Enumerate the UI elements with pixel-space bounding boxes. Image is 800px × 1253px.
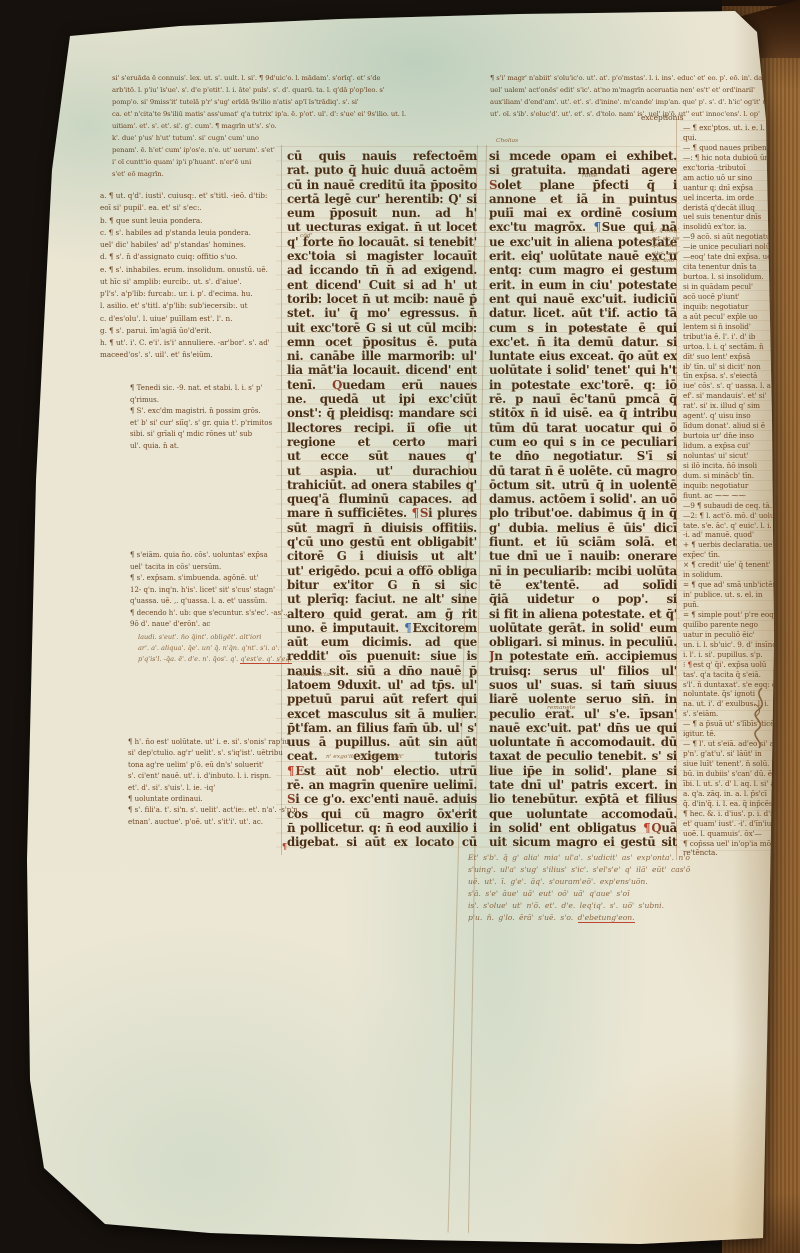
text-line: uit exc'torē G si ut cūl mcib: <box>287 321 477 335</box>
main-text-column-left: cū quis nauis refectoēm credid'rat. puto… <box>287 149 477 850</box>
text-line: ¶ S'. exc'dm magistri. n̄ possim grōs. <box>130 406 300 418</box>
text-line: ni. canābe ille marmorib: ul' a <box>287 349 477 363</box>
text-line: obligari. si minus. in peculiū. <box>489 635 677 649</box>
text-line: arb'itō. l. p'iu' īs'ue'. s'. d'e p'etit… <box>112 84 408 96</box>
gloss-top-left-wide: si' s'eruāda ē connuis'. lex. ut. s'. uu… <box>112 72 408 120</box>
text-line: a. ¶ ut. q'd'. iusti'. cuiusq:. et' s'ti… <box>100 190 298 202</box>
text-line: uno. ē imputauit. ¶Excitorem <box>287 621 477 635</box>
fold-mark: ¶ <box>776 109 781 119</box>
text-line: ōctum sit. utrū q̄ in uolentē <box>489 478 677 492</box>
text-line: i' oī cuntt'io quam' ip'i p'huant'. n'er… <box>112 156 282 168</box>
text-line: g' dubia. melius ē ūis' dicī <box>489 521 677 535</box>
text-line: p'l's'. a'p'lib: furcab:. ur. i. p'. d'e… <box>100 288 298 300</box>
text-line: annone et iā in puintus p̄sites <box>489 192 677 206</box>
text-line: altero quid gerat. am ḡ rit cum <box>287 607 477 621</box>
text-line: aūt eum dicimis. ad que obuēties <box>287 635 477 649</box>
text-line: ut plerīq: faciut. ne alt' sine <box>287 592 477 606</box>
text-line: nī in peculiarib: mcibi uolūta <box>489 564 677 578</box>
text-line: q̄iā uidetur o pop'. si g'nificare <box>489 592 677 606</box>
text-line: regione et certo mari negotief. <box>287 435 477 449</box>
text-line: s'ā. s'e' āue' uā' eut' oō' uā' q'aue' s… <box>468 888 698 900</box>
text-line: ut hīc si' amplib: eurcib:. ut. s'. d'ai… <box>100 276 298 288</box>
text-line: onst': q̄ pleidisq: mandare sci o ue <box>287 406 477 420</box>
interlinear-note: cōd' <box>300 233 312 239</box>
text-line: Si ce g'o. exc'enti nauē. aduis <box>287 792 477 806</box>
text-line: llectores recipi. iī ofie ut certa <box>287 421 477 435</box>
text-line: liarē uolente seruo sin̄. in eiu' <box>489 692 677 706</box>
main-text-column-right: si mcede opam ei exhibet. autsi gratuita… <box>489 149 677 850</box>
text-line: sūt magrī n̄ diuisis offitiis. qrū <box>287 521 477 535</box>
gloss-left-block-d: ¶ h'. n̄o est' uolūtate. ut' i. e. si'. … <box>128 737 310 828</box>
text-line: etnan'. auctue'. p'oē. ut'. s'it'i'. ut'… <box>128 817 310 828</box>
text-line: digebat. si aūt ex locato cū mag' <box>287 835 477 849</box>
text-line: mare n̄ sufficiētes. ¶Si plures <box>287 506 477 520</box>
text-line: erit. eiq' uolūtate nauē exc'u <box>489 249 677 263</box>
rubric-paraph-red: ¶ <box>687 660 693 669</box>
text-line: bitur ex'itor G n̄ si sic p̄posuit <box>287 578 477 592</box>
text-line: dū tarat n̄ ē uolēte. cū magro <box>489 464 677 478</box>
text-line: 12- q'n. inq'n. h'is'. licet' sit' s'cus… <box>130 585 302 597</box>
interlinear-note: n' exgo'ita cū mag'ro uult' <box>326 754 404 760</box>
text-line: nauē exc'uit. pat' dn̄s ue qui <box>489 721 677 735</box>
text-line: c. d'es'olu'. l. uiue' puīllam est'. l'.… <box>100 313 298 325</box>
text-line: peculio erat. ul' s'e. īpsan' eius <box>489 707 677 721</box>
gloss-col2-side-note: p' q̄ mag'ad' s'o neq'li' amōs'tc' -aue'… <box>652 228 704 266</box>
text-line: stitōx n̄ id uisē. ea q̄ intribu <box>489 406 677 420</box>
text-line: is'. s'olue' ut' n'ō. et'. d'e. leq'iq'.… <box>468 900 698 912</box>
text-line: rē. p nauī ēc'tanū pmcā q̄ <box>489 392 677 406</box>
text-line: d. ¶ s'. n̄ d'assignato cuiq: offitio s'… <box>100 251 298 263</box>
text-line: que uoluntate accomodaū. <box>489 807 677 821</box>
interlinear-note: rome <box>582 173 597 179</box>
text-line: et'. d'. si'. s'uis'. l. ie. -iq' <box>128 783 310 794</box>
text-line: citorē G i diuisis ut alt' locando <box>287 549 477 563</box>
gloss-left-block-b: ¶ s'eiām. quia n̄o. cōs'. uoluntas' exp̄… <box>130 550 302 631</box>
text-line: s'et' eō magrīn. <box>112 168 282 180</box>
text-line: uitiam'. et'. s'. et'. si'. g'. cum'. ¶ … <box>112 120 282 132</box>
text-line: cū in nauē creditū ita p̄posito <box>287 178 477 192</box>
text-line: si' s'eruāda ē connuis'. lex. ut. s'. uu… <box>112 72 408 84</box>
text-line: ut aspia. ut' durachiou ectores <box>287 464 477 478</box>
gloss-top-left-narrow: uitiam'. et'. s'. et'. si'. g'. cum'. ¶ … <box>112 120 282 180</box>
text-line: latoem 9duxit. ul' ad tp̄s. ul' in <box>287 678 477 692</box>
text-line: ad' s'o ne <box>652 236 704 244</box>
text-line: ¶ decendo h'. ub: que s'ecuntur. s's'ec'… <box>130 608 302 620</box>
text-line: pomp'o. si' 9miss'it' tutelā p'r' s'ug' … <box>112 96 408 108</box>
text-line: in solid' ent obligatus ¶Quā q̄ <box>489 821 677 835</box>
text-line: p̄t'fam. an filius fam̄ ūb. ul' s' <box>287 721 477 735</box>
text-line: p' q̄ mag' <box>652 228 704 236</box>
gloss-left-index: a. ¶ ut. q'd'. iusti'. cuiusq:. et' s'ti… <box>100 190 298 362</box>
text-line: q'li' amō <box>652 243 704 251</box>
text-line: luntate eius exceat. q̄o aūt ex <box>489 349 677 363</box>
text-line: q'uassa. uē. ,. q'uassa. l. a. et' uassū… <box>130 596 302 608</box>
text-line: emn ocet p̄positus ē. puta legum <box>287 335 477 349</box>
text-line: sibi. si' grīali q' mdic rōnes ut' sub <box>130 429 300 441</box>
fold-mark: ¶ <box>282 841 287 851</box>
rubric-paraph-red: ¶ <box>287 764 295 778</box>
text-line: suos ul' suas. si tam̄ siuus pecu <box>489 678 677 692</box>
text-line: ¶ s'. fili'a. t'. si'n. s'. uelit'. act'… <box>128 805 310 816</box>
fold-mark: 9 <box>783 384 787 392</box>
text-line: ue exc'uit in aliena potestate <box>489 235 677 249</box>
text-line: trahiciūt. ad onera stabiles q' <box>287 478 477 492</box>
text-line: l. asilio. et' s'titl. a'p'lib: sub'iece… <box>100 300 298 312</box>
text-line: Et' s'b'. q̄ g' alia' mia' ul'a'. s'udic… <box>468 852 698 864</box>
text-line: puiī mai ex ordinē cosium are <box>489 206 677 220</box>
text-line: eoī si' pupil'. ea. et' si' s'ec:. <box>100 202 298 214</box>
text-line: ¶Est aūt nob' electio. utrū exc'to <box>287 764 477 778</box>
manuscript-page: si' s'eruāda ē connuis'. lex. ut. s'. uu… <box>0 0 800 1253</box>
text-line: q' forte n̄o locauāt. si tenebit' <box>287 235 477 249</box>
text-line: datur. licet. aūt t'if. actio tā <box>489 306 677 320</box>
gloss-catchword: exceptionis <box>641 113 684 122</box>
text-line: n̄ pollicetur. q: n̄ eod auxilio i <box>287 821 477 835</box>
text-line: ¶ uoluntate ordinaui. <box>128 794 310 805</box>
text-line: uel' tacita in cōs' uersūm. <box>130 562 302 574</box>
text-line: sic' anō <box>652 258 704 266</box>
text-line: Solet plane p̄fecti q̄ i ministrū <box>489 178 677 192</box>
text-line: ¶ s'. exp̄sam. s'imbuenda. agōnē. ut' <box>130 573 302 585</box>
text-line: Jn potestate em̄. accipiemus u <box>489 649 677 663</box>
text-line: ut ecce sūt naues q' brundusiū <box>287 449 477 463</box>
text-line: ad iccando tn̄ n̄ ad exigend. id <box>287 263 477 277</box>
gloss-left-block-cursive: laudi. s'eut'. n̄o q̄int'. obligēt'. alt… <box>138 632 308 665</box>
text-line: plo tribut'oe. dabimus q̄ in q̄ <box>489 506 677 520</box>
text-line: si mcede opam ei exhibet. aut <box>489 149 677 163</box>
text-line: maceed'os'. s'. uil'. et' n̄s'eiūm. <box>100 349 298 361</box>
interlinear-note: uila mco'ta <box>297 672 330 678</box>
text-line: q'rimus. <box>130 395 300 407</box>
interlinear-note: Cholias <box>496 138 518 144</box>
text-line: tate dnī ul' patris excert. in so <box>489 778 677 792</box>
text-line: queq'ā fluminū capaces. ad <box>287 492 477 506</box>
text-line: torib: locet n̄ ut mcib: nauē p̄ <box>287 292 477 306</box>
text-line: uel' dic' habiles' ad' p'standas' homine… <box>100 239 298 251</box>
text-line: ¶ h'. n̄o est' uolūtate. ut' i. e. si'. … <box>128 737 310 748</box>
text-line: tūm dū tarat uocatur qui ō reī <box>489 421 677 435</box>
text-line: s'. ci'ent' nauē. ut'. i. d'inbuto. l. i… <box>128 771 310 782</box>
text-line: excet masculus sit ā mulier. <box>287 707 477 721</box>
text-line: liue ip̄e in solid'. plane si uolū <box>489 764 677 778</box>
text-line: damus. actōem ī solid'. an uō exe <box>489 492 677 506</box>
text-line: b. ¶ que sunt leuia pondera. <box>100 215 298 227</box>
text-line: erit. in eum in ciu' potestate io <box>489 278 677 292</box>
gutter-shade <box>732 0 778 1253</box>
text-line: exc'toia si magister locauīt cū <box>287 249 477 263</box>
text-line: te dn̄o negotiatur. S'ī si scīete <box>489 449 677 463</box>
text-line: in potestate exc'torē. q: iō suōi <box>489 378 677 392</box>
text-line: cos qui cū magro ōx'erit actio <box>287 807 477 821</box>
text-line: rat. puto q̄ huic duuā actoēm <box>287 163 477 177</box>
text-line: s'tc' -aue' <box>652 251 704 259</box>
text-line: ent qui nauē exc'uit. iudiciū <box>489 292 677 306</box>
text-line: ul'. quia. n̄ at. <box>130 441 300 453</box>
text-line: ¶ Tenedi sic. -9. nat. et stabi. l. i. s… <box>130 383 300 395</box>
text-line: e. ¶ s'. inhabiles. erum. insolidum. onu… <box>100 264 298 276</box>
text-line: rē. an magrīn quenīre uelimī. <box>287 778 477 792</box>
text-line: tē ex'tentē. ad solīdi obligatōes. <box>489 578 677 592</box>
manuscript-photo: si' s'eruāda ē connuis'. lex. ut. s'. uu… <box>0 0 800 1253</box>
text-line: tona ag're uelim' p'ō. eū dn's' soluerit… <box>128 760 310 771</box>
text-line: lio tenebūtur. exp̄tā et filius si <box>489 792 677 806</box>
text-line: si' dep'ctulio. ag'r' uelit'. s'. s'iq'i… <box>128 748 310 759</box>
gloss-bottom-note: Et' s'b'. q̄ g' alia' mia' ul'a'. s'udic… <box>468 852 698 924</box>
gloss-left-block-a: ¶ Tenedi sic. -9. nat. et stabi. l. i. s… <box>130 383 300 452</box>
text-line: truisq: serus ul' filios ul' filias <box>489 664 677 678</box>
text-line: ne. quedā ut ipi exc'ciūt emuitate <box>287 392 477 406</box>
text-line: eum p̄posuit nun. ad h' solum <box>287 206 477 220</box>
text-line: et' b' si' cur' siīq'. s' gr. quia t'. p… <box>130 418 300 430</box>
text-line: uolūtate gerāt. in solid' eum <box>489 621 677 635</box>
page-wrap: si' s'eruāda ē connuis'. lex. ut. s'. uu… <box>0 0 800 1253</box>
paraph-blue: ¶ <box>404 621 412 635</box>
interlinear-note: s' in solid' <box>578 327 608 333</box>
text-line: uit sicum magro ei gestū sit <box>489 835 677 849</box>
paraph-blue: ¶ <box>594 220 602 234</box>
text-line: p'u. n̄. g'lo. ērā' s'uē. s'o. d'ebetung… <box>468 912 698 924</box>
text-line: q'cū uno gestū ent obligabit' ex <box>287 535 477 549</box>
text-line: 9ō d'. naue' d'erōn'. ac <box>130 619 302 631</box>
text-line: ppetuū parui aūt refert qui <box>287 692 477 706</box>
text-line: exc'et. n̄ ita demū datur. si uo <box>489 335 677 349</box>
text-line: lia māt'ia locauit. dicend' ent n̄ <box>287 363 477 377</box>
text-line: cū quis nauis refectoēm credid' <box>287 149 477 163</box>
text-line: penam'. ē. h'et' cum' ip'os'e. n'e. ut' … <box>112 144 282 156</box>
text-line: p'q'is'l. -q̄a. ē'. d'e. n'. q̄os'. q'. … <box>138 654 308 665</box>
text-line: exc'tu magrōx. ¶Sue qui nā <box>489 220 677 234</box>
text-line: uoluntate n̄ accomodauit. dū <box>489 735 677 749</box>
text-line: cum eo qui s in ce peculiari scīe <box>489 435 677 449</box>
text-line: entq: cum magro ei gestum <box>489 263 677 277</box>
text-line: uē. ut'. ī. g'e'. āq'. s'ouram'eō'. exp'… <box>468 876 698 888</box>
text-line: certā legē cur' herentib: Q' si <box>287 192 477 206</box>
interlinear-note: remanete <box>547 705 576 711</box>
text-line: ut uecturas exigat. n̄ ut locet <box>287 220 477 234</box>
text-line: reddit' oīs puenuit: siue is dnī <box>287 649 477 663</box>
text-line: laudi. s'eut'. n̄o q̄int'. obligēt'. alt… <box>138 632 308 643</box>
text-line: c. ¶ s'. habiles ad p'standa leuia ponde… <box>100 227 298 239</box>
text-line: uolūtate i solid' tenet' qui h't <box>489 363 677 377</box>
text-line: g. ¶ s'. parui. īm'agiā ūo'd'erit. <box>100 325 298 337</box>
text-line: ca. et' n'cita'te 9s'iliū matis' ass'uma… <box>112 108 408 120</box>
ink-speck-layer <box>0 0 2 2</box>
text-line: h. ¶ ut'. i'. C. e'i'. is'i' annuliere. … <box>100 337 298 349</box>
text-line: ar'. a'. aliqua'. q̄e'. un' q̄. n'q̄n. q… <box>138 643 308 654</box>
text-line: s'uing'. ul'a' s'ug' s'ilius' s'ic'. s'e… <box>468 864 698 876</box>
text-line: tue dnī ue ī nauib: onerare <box>489 549 677 563</box>
text-line: si fit in aliena potestate. et q̄' <box>489 607 677 621</box>
text-line: k'. due' p'us' h'ut' tutum'. si' cugn' c… <box>112 132 282 144</box>
rubric-paraph-red: ¶ <box>412 506 420 520</box>
text-line: ut' erigēdo. pcui a offō obliga <box>287 564 477 578</box>
text-line: ent dicend' Cuit si ad h' ut uec <box>287 278 477 292</box>
text-line: tenī. Quedam erū naues onera <box>287 378 477 392</box>
text-line: ¶ s'eiām. quia n̄o. cōs'. uoluntas' exp̄… <box>130 550 302 562</box>
text-line: stet. iu' q̄ mo' egressus. n̄ obliga <box>287 306 477 320</box>
text-line: uus ā pupillus. aūt sin aūt exc̄ <box>287 735 477 749</box>
text-line: fiunt. et iū sciām solā. et nirāī <box>489 535 677 549</box>
text-line: taxat de peculio tenebit. s' si <box>489 749 677 763</box>
